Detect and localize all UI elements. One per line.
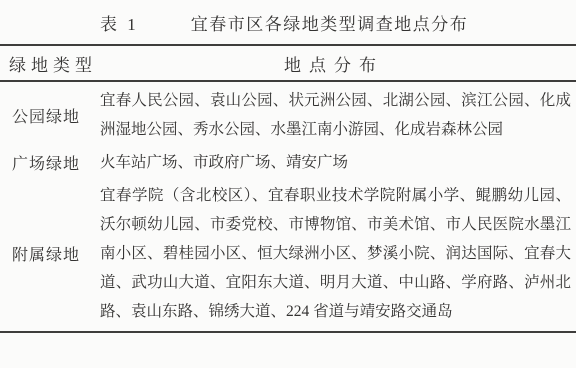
row-green-space-type: 公园绿地 (0, 104, 100, 127)
column-header-location-distribution: 地点分布 (100, 51, 576, 76)
row-green-space-type: 广场绿地 (0, 151, 100, 174)
table-row: 公园绿地宜春人民公园、袁山公园、状元洲公园、北湖公园、滨江公园、化成洲湿地公园、… (0, 84, 576, 146)
table-body: 公园绿地宜春人民公园、袁山公园、状元洲公园、北湖公园、滨江公园、化成洲湿地公园、… (0, 82, 576, 331)
row-location-list: 火车站广场、市政府广场、靖安广场 (100, 148, 576, 177)
green-space-table: 绿地类型 地点分布 公园绿地宜春人民公园、袁山公园、状元洲公园、北湖公园、滨江公… (0, 44, 576, 333)
table-title: 宜春市区各绿地类型调查地点分布 (191, 10, 469, 35)
column-header-green-space-type: 绿地类型 (0, 51, 100, 76)
row-location-list: 宜春人民公园、袁山公园、状元洲公园、北湖公园、滨江公园、化成洲湿地公园、秀水公园… (100, 86, 576, 144)
row-location-list: 宜春学院（含北校区）、宜春职业技术学院附属小学、鲲鹏幼儿园、沃尔顿幼儿园、市委党… (100, 181, 576, 326)
row-green-space-type: 附属绿地 (0, 242, 100, 265)
table-header-row: 绿地类型 地点分布 (0, 46, 576, 82)
table-number-label: 表 1 (100, 10, 139, 35)
table-row: 附属绿地宜春学院（含北校区）、宜春职业技术学院附属小学、鲲鹏幼儿园、沃尔顿幼儿园… (0, 179, 576, 328)
table-caption: 表 1 宜春市区各绿地类型调查地点分布 (0, 0, 576, 44)
table-row: 广场绿地火车站广场、市政府广场、靖安广场 (0, 146, 576, 179)
scanned-table-page: 表 1 宜春市区各绿地类型调查地点分布 绿地类型 地点分布 公园绿地宜春人民公园… (0, 0, 576, 368)
